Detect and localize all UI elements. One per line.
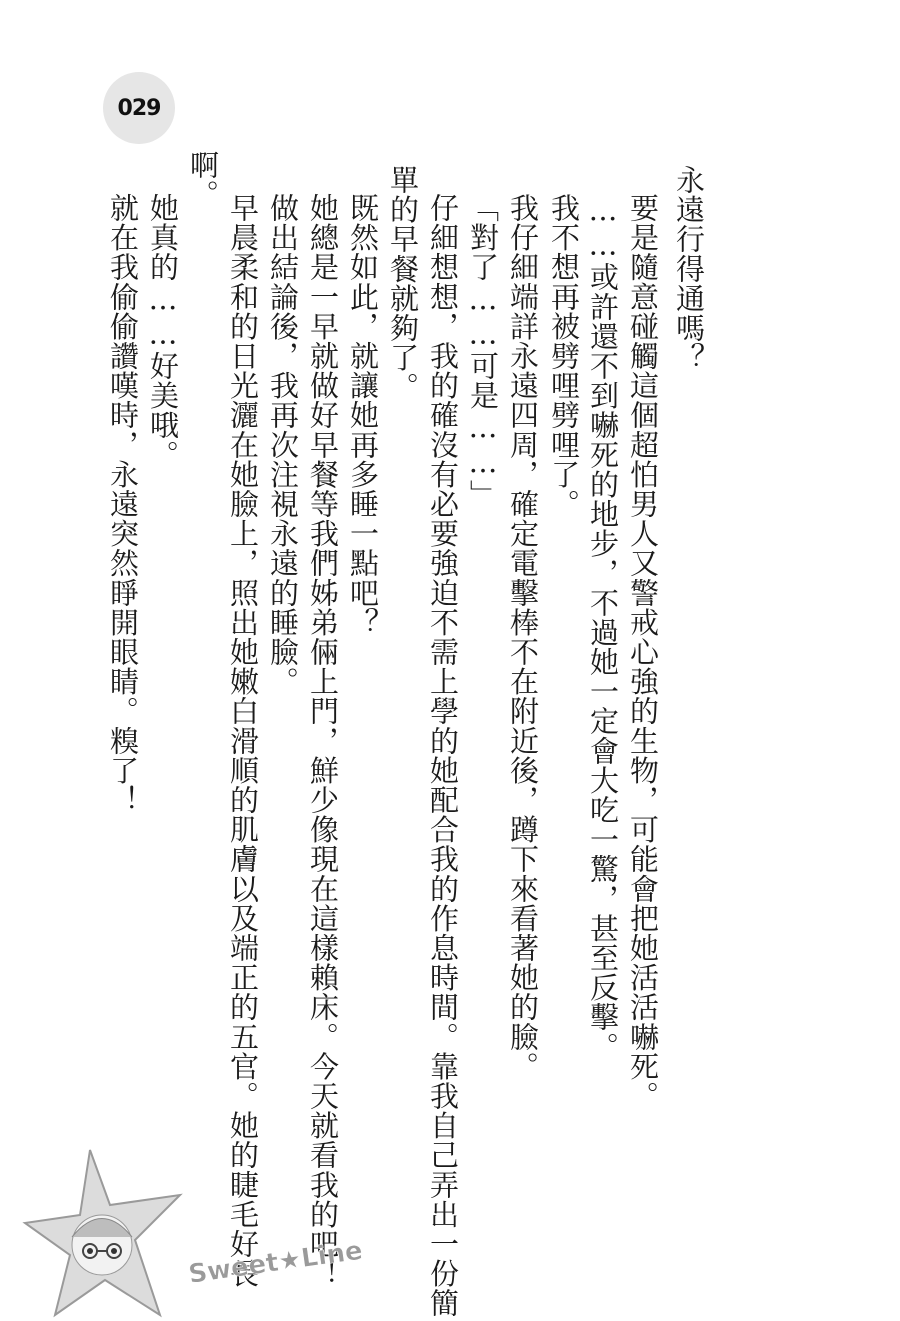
text-column: 她真的……好美哦。 [146, 193, 180, 469]
text-column: 我不想再被劈哩劈哩了。 [547, 193, 581, 519]
star-icon [25, 1150, 180, 1315]
text-column: 「對了……可是……」 [466, 193, 500, 509]
text-column: 啊。 [186, 150, 220, 209]
text-column: 單的早餐就夠了。 [386, 165, 420, 402]
page-number-badge: 029 [103, 72, 175, 144]
text-column: 就在我偷偷讚嘆時，永遠突然睜開眼睛。糗了！ [106, 193, 140, 815]
text-column: 她總是一早就做好早餐等我們姊弟倆上門，鮮少像現在這樣賴床。今天就看我的吧！ [306, 193, 340, 1288]
text-column: 既然如此，就讓她再多睡一點吧？ [346, 193, 380, 637]
text-column: 我仔細端詳永遠四周，確定電擊棒不在附近後，蹲下來看著她的臉。 [506, 193, 540, 1081]
text-column: ……或許還不到嚇死的地步，不過她一定會大吃一驚，甚至反擊。 [586, 193, 620, 1061]
logo-text: Sweet★Line [187, 1236, 365, 1290]
text-column: 要是隨意碰觸這個超怕男人又警戒心強的生物，可能會把她活活嚇死。 [626, 193, 660, 1111]
page-number: 029 [118, 96, 161, 121]
text-column: 早晨柔和的日光灑在她臉上，照出她嫩白滑順的肌膚以及端正的五官。她的睫毛好長 [226, 193, 260, 1288]
text-column: 做出結論後，我再次注視永遠的睡臉。 [266, 193, 300, 696]
text-column: 永遠行得通嗎？ [672, 165, 706, 372]
sweet-line-logo-illustration: Sweet★Line [10, 1145, 370, 1321]
text-column: 仔細想想，我的確沒有必要強迫不需上學的她配合我的作息時間。靠我自己弄出一份簡 [426, 193, 460, 1318]
